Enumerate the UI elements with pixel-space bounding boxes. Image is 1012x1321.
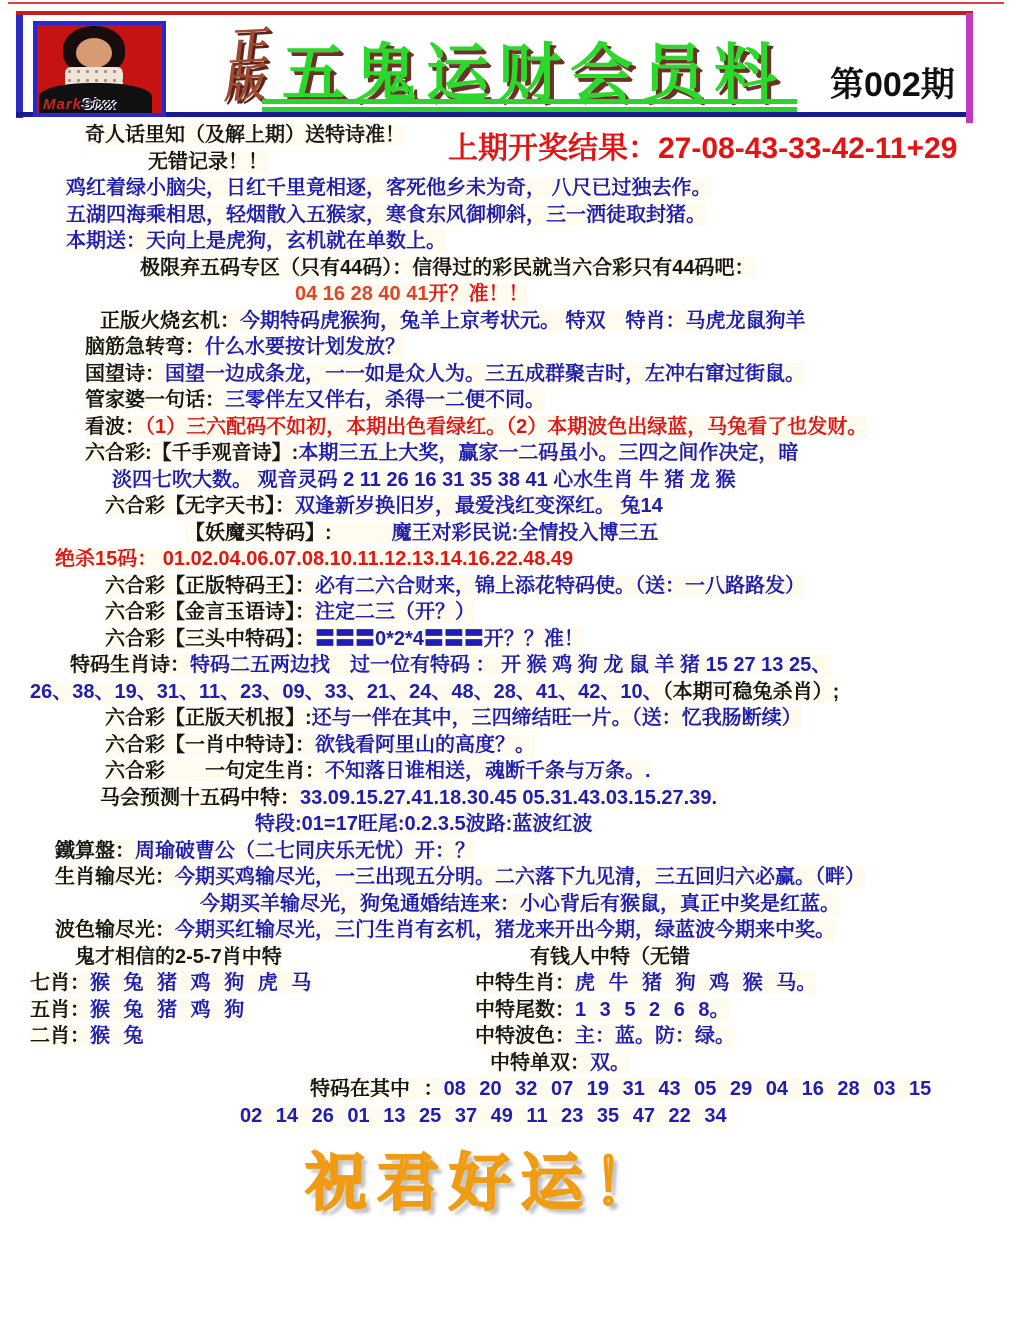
text-segment: 26、38、19、31、11、23、09、33、21、24、48、28、41、4… bbox=[30, 681, 663, 703]
text-segment: 魔王对彩民说:全情投入博三五 bbox=[332, 522, 659, 544]
text-segment: 猴 兔 猪 鸡 狗 虎 马 bbox=[90, 972, 311, 994]
text-line: 淡四七吹大数。 观音灵码 2 11 26 16 31 35 38 41 心水生肖… bbox=[0, 467, 1012, 494]
text-line: 鸡红着绿小脑尖，日红千里竟相逐，客死他乡未为奇， 八尺已过独去作。 bbox=[0, 175, 1012, 202]
text-segment: 六合彩【正版天机报】: bbox=[105, 707, 312, 729]
text-segment: 六合彩 一句定生肖： bbox=[105, 760, 325, 782]
text-line: 本期送：天向上是虎狗，玄机就在单数上。 bbox=[0, 228, 1012, 255]
text-segment: 脑筋急转弯： bbox=[85, 336, 205, 358]
text-line: 中特尾数：1 3 5 2 6 8。 bbox=[455, 997, 1012, 1024]
text-line: 鐵算盤：周瑜破曹公（二七同庆乐无忧）开：？ bbox=[0, 838, 1012, 865]
text-segment: 鬼才相信的2-5-7肖中特 bbox=[75, 946, 282, 968]
text-segment: 主：蓝。防：绿。 bbox=[575, 1025, 735, 1047]
text-segment: 中特波色： bbox=[475, 1025, 575, 1047]
text-segment: 三零伴左又伴右，杀得一二便不同。 bbox=[225, 389, 545, 411]
text-segment: 鐵算盤： bbox=[55, 840, 135, 862]
text-segment: 特码生肖诗： bbox=[70, 654, 190, 676]
text-line: 六合彩【一肖中特诗】：欲钱看阿里山的高度？。 bbox=[0, 732, 1012, 759]
text-line: 中特单双：双。 bbox=[455, 1050, 1012, 1077]
text-segment: 今期买红输尽光，三门生肖有玄机，猪龙来开出今期，绿蓝波今期来中奖。 bbox=[175, 919, 835, 941]
left-column: 鬼才相信的2-5-7肖中特七肖：猴 兔 猪 鸡 狗 虎 马五肖：猴 兔 猪 鸡 … bbox=[0, 944, 455, 1077]
text-line: 特码生肖诗：特码二五两边找 过一位有特码 ： 开 猴 鸡 狗 龙 鼠 羊 猪 1… bbox=[0, 652, 1012, 679]
title-underline-2 bbox=[262, 107, 797, 112]
text-line: 特码在其中 ：08 20 32 07 19 31 43 05 29 04 16 … bbox=[0, 1076, 1012, 1103]
text-segment: 02 14 26 01 13 25 37 49 11 23 35 47 22 3… bbox=[240, 1105, 727, 1127]
text-segment: 【妖魔买特码】: bbox=[185, 522, 332, 544]
text-segment: 奇人话里知（及解上期）送特诗准！ bbox=[85, 124, 405, 146]
text-segment: （本期可稳兔杀肖）; bbox=[663, 681, 840, 703]
text-segment: 六合彩【正版特码王】： bbox=[105, 575, 315, 597]
text-line: 生肖输尽光：今期买鸡输尽光，一三出现五分明。二六落下九见清，三五回归六必赢。（畔… bbox=[0, 864, 1012, 891]
text-segment: 特段:01=17旺尾:0.2.3.5波路:蓝波红波 bbox=[255, 813, 592, 835]
text-segment: 特码二五两边找 过一位有特码 ： 开 猴 鸡 狗 龙 鼠 羊 猪 15 27 1… bbox=[190, 654, 831, 676]
text-line: 特段:01=17旺尾:0.2.3.5波路:蓝波红波 bbox=[0, 811, 1012, 838]
text-line: 二肖：猴 兔 bbox=[0, 1023, 455, 1050]
header-right-magenta-border bbox=[966, 13, 973, 123]
text-segment: 七肖： bbox=[30, 972, 90, 994]
text-segment: 今期买鸡输尽光，一三出现五分明。二六落下九见清，三五回归六必赢。（畔） bbox=[175, 866, 865, 888]
text-segment: 还与一伴在其中，三四缔结旺一片。（送：忆我肠断续） bbox=[312, 707, 802, 729]
photo-face-shape bbox=[76, 38, 112, 68]
content-area: 上期开奖结果：27-08-43-33-42-11+29 奇人话里知（及解上期）送… bbox=[0, 122, 1012, 1222]
text-line: 六合彩【正版特码王】：必有二六合财来，锦上添花特码使。（送：一八路路发） bbox=[0, 573, 1012, 600]
text-segment: 六合彩:【千手观音诗】: bbox=[85, 442, 298, 464]
header-left-blue-border bbox=[16, 15, 23, 118]
text-segment: 04 16 28 40 41 bbox=[295, 283, 428, 305]
text-line: 绝杀15码： 01.02.04.06.07.08.10.11.12.13.14.… bbox=[0, 546, 1012, 573]
text-segment: 什么水要按计划发放？ bbox=[205, 336, 405, 358]
text-line: 管家婆一句话：三零伴左又伴右，杀得一二便不同。 bbox=[0, 387, 1012, 414]
text-line: 六合彩【金言玉语诗】：注定二三（开？） bbox=[0, 599, 1012, 626]
text-segment: 〓〓〓0*2*4〓〓〓开？？准！ bbox=[315, 628, 584, 650]
good-luck-watermark: 祝君好运！ bbox=[305, 1133, 1012, 1222]
text-segment: 绝杀15码： 01.02.04.06.07.08.10.11.12.13.14.… bbox=[55, 548, 573, 570]
text-segment: 看波： bbox=[85, 416, 145, 438]
text-segment: 必有二六合财来，锦上添花特码使。（送：一八路路发） bbox=[315, 575, 805, 597]
text-line: 马会预测十五码中特：33.09.15.27.41.18.30.45 05.31.… bbox=[0, 785, 1012, 812]
text-segment: 无错记录！！ bbox=[148, 151, 268, 173]
text-segment: 33.09.15.27.41.18.30.45 05.31.43.03.15.2… bbox=[300, 787, 717, 809]
text-line: 今期买羊输尽光，狗兔通婚结连来：小心背后有猴鼠，真正中奖是红蓝。 bbox=[0, 891, 1012, 918]
text-line: 【妖魔买特码】: 魔王对彩民说:全情投入博三五 bbox=[0, 520, 1012, 547]
text-segment: 08 20 32 07 19 31 43 05 29 04 16 28 03 1… bbox=[444, 1078, 932, 1100]
text-line: 六合彩【无字天书】：双逢新岁换旧岁，最爱浅红变深红。 兔14 bbox=[0, 493, 1012, 520]
text-segment: 六合彩【三头中特码】： bbox=[105, 628, 315, 650]
text-segment: 开？准！！ bbox=[428, 283, 528, 305]
text-line: 26、38、19、31、11、23、09、33、21、24、48、28、41、4… bbox=[0, 679, 1012, 706]
text-line: 正版火烧玄机：今期特码虎猴狗，兔羊上京考状元。 特双 特肖：马虎龙鼠狗羊 bbox=[0, 308, 1012, 335]
text-segment: 特码在其中 ： bbox=[310, 1078, 444, 1100]
text-segment: 双逢新岁换旧岁，最爱浅红变深红。 兔14 bbox=[295, 495, 663, 517]
text-line: 国望诗：国望一边成条龙，一一如是众人为。三五成群聚吉时，左冲右窜过街鼠。 bbox=[0, 361, 1012, 388]
text-line: 波色输尽光：今期买红输尽光，三门生肖有玄机，猪龙来开出今期，绿蓝波今期来中奖。 bbox=[0, 917, 1012, 944]
issue-number: 第002期 bbox=[830, 57, 955, 106]
text-segment: 六合彩【一肖中特诗】： bbox=[105, 734, 315, 756]
result-label: 上期开奖结果： bbox=[448, 132, 658, 165]
text-line: 五肖：猴 兔 猪 鸡 狗 bbox=[0, 997, 455, 1024]
genuine-stamp: 正 版 bbox=[223, 28, 272, 104]
text-segment: 有钱人中特（无错 bbox=[530, 946, 690, 968]
text-segment: 不知落日谁相送，魂断千条与万条。. bbox=[325, 760, 651, 782]
text-segment: 今期特码虎猴狗，兔羊上京考状元。 特双 特肖：马虎龙鼠狗羊 bbox=[240, 310, 806, 332]
two-column-block: 鬼才相信的2-5-7肖中特七肖：猴 兔 猪 鸡 狗 虎 马五肖：猴 兔 猪 鸡 … bbox=[0, 944, 1012, 1077]
text-segment: 五湖四海乘相思，轻烟散入五猴家，寒食东风御柳斜，三一洒徒取封猪。 bbox=[66, 204, 706, 226]
tipster-photo: MarkSixx bbox=[33, 21, 166, 117]
lottery-tip-sheet: MarkSixx 正 版 五鬼运财会员料 第002期 上期开奖结果：27-08-… bbox=[0, 0, 1012, 1321]
text-segment: 极限弃五码专区（只有44码）：信得过的彩民就当六合彩只有44码吧： bbox=[140, 257, 755, 279]
text-segment: 中特生肖： bbox=[475, 972, 575, 994]
text-line: 鬼才相信的2-5-7肖中特 bbox=[0, 944, 455, 971]
text-segment: 1 3 5 2 6 8。 bbox=[575, 999, 730, 1021]
text-segment: 猴 兔 猪 鸡 狗 bbox=[90, 999, 244, 1021]
header: MarkSixx 正 版 五鬼运财会员料 第002期 bbox=[16, 15, 973, 118]
text-line: 六合彩【三头中特码】：〓〓〓0*2*4〓〓〓开？？准！ bbox=[0, 626, 1012, 653]
text-segment: 六合彩【金言玉语诗】： bbox=[105, 601, 315, 623]
text-segment: 虎 牛 猪 狗 鸡 猴 马。 bbox=[575, 972, 816, 994]
text-segment: 双。 bbox=[590, 1052, 630, 1074]
text-segment: 二肖： bbox=[30, 1025, 90, 1047]
text-segment: 淡四七吹大数。 观音灵码 2 11 26 16 31 35 38 41 心水生肖… bbox=[112, 469, 736, 491]
text-line: 六合彩【正版天机报】:还与一伴在其中，三四缔结旺一片。（送：忆我肠断续） bbox=[0, 705, 1012, 732]
text-segment: 中特尾数： bbox=[475, 999, 575, 1021]
text-line: 看波：（1）三六配码不如初，本期出色看绿红。（2）本期波色出绿蓝，马兔看了也发财… bbox=[0, 414, 1012, 441]
text-segment: 欲钱看阿里山的高度？。 bbox=[315, 734, 535, 756]
text-segment: 管家婆一句话： bbox=[85, 389, 225, 411]
text-line: 七肖：猴 兔 猪 鸡 狗 虎 马 bbox=[0, 970, 455, 997]
text-segment: 正版火烧玄机： bbox=[100, 310, 240, 332]
text-line: 六合彩:【千手观音诗】:本期三五上大奖，赢家一二码虽小。三四之间作决定，暗 bbox=[0, 440, 1012, 467]
text-segment: 今期买羊输尽光，狗兔通婚结连来：小心背后有猴鼠，真正中奖是红蓝。 bbox=[200, 893, 840, 915]
photo-caption-mark: Mark bbox=[43, 96, 82, 113]
right-column: 有钱人中特（无错中特生肖：虎 牛 猪 狗 鸡 猴 马。中特尾数：1 3 5 2 … bbox=[455, 944, 1012, 1077]
text-segment: 国望一边成条龙，一一如是众人为。三五成群聚吉时，左冲右窜过街鼠。 bbox=[165, 363, 805, 385]
previous-draw-result: 上期开奖结果：27-08-43-33-42-11+29 bbox=[448, 123, 957, 167]
text-segment: 注定二三（开？） bbox=[315, 601, 475, 623]
text-line: 脑筋急转弯：什么水要按计划发放？ bbox=[0, 334, 1012, 361]
text-segment: 马会预测十五码中特： bbox=[100, 787, 300, 809]
text-segment: 本期三五上大奖，赢家一二码虽小。三四之间作决定，暗 bbox=[298, 442, 798, 464]
text-line: 中特波色：主：蓝。防：绿。 bbox=[455, 1023, 1012, 1050]
text-line: 有钱人中特（无错 bbox=[455, 944, 1012, 971]
photo-caption: MarkSixx bbox=[43, 96, 117, 113]
text-segment: 六合彩【无字天书】： bbox=[105, 495, 295, 517]
result-numbers: 27-08-43-33-42-11+29 bbox=[658, 132, 957, 165]
text-line: 五湖四海乘相思，轻烟散入五猴家，寒食东风御柳斜，三一洒徒取封猪。 bbox=[0, 202, 1012, 229]
text-segment: 国望诗： bbox=[85, 363, 165, 385]
text-line: 极限弃五码专区（只有44码）：信得过的彩民就当六合彩只有44码吧： bbox=[0, 255, 1012, 282]
text-line: 中特生肖：虎 牛 猪 狗 鸡 猴 马。 bbox=[455, 970, 1012, 997]
text-segment: 本期送：天向上是虎狗，玄机就在单数上。 bbox=[66, 230, 446, 252]
title-underline-1 bbox=[262, 99, 797, 104]
photo-caption-six: Sixx bbox=[82, 96, 117, 113]
text-segment: 鸡红着绿小脑尖，日红千里竟相逐，客死他乡未为奇， 八尺已过独去作。 bbox=[66, 177, 712, 199]
text-segment: 中特单双： bbox=[490, 1052, 590, 1074]
text-line: 六合彩 一句定生肖：不知落日谁相送，魂断千条与万条。. bbox=[0, 758, 1012, 785]
text-segment: 猴 兔 bbox=[90, 1025, 144, 1047]
text-segment: 五肖： bbox=[30, 999, 90, 1021]
text-segment: 生肖输尽光： bbox=[55, 866, 175, 888]
text-line: 04 16 28 40 41开？准！！ bbox=[0, 281, 1012, 308]
text-segment: 周瑜破曹公（二七同庆乐无忧）开：？ bbox=[135, 840, 475, 862]
text-segment: 波色输尽光： bbox=[55, 919, 175, 941]
top-thin-red-rule bbox=[8, 2, 1004, 4]
text-line: 02 14 26 01 13 25 37 49 11 23 35 47 22 3… bbox=[0, 1103, 1012, 1130]
text-segment: （1）三六配码不如初，本期出色看绿红。（2）本期波色出绿蓝，马兔看了也发财。 bbox=[145, 416, 867, 438]
